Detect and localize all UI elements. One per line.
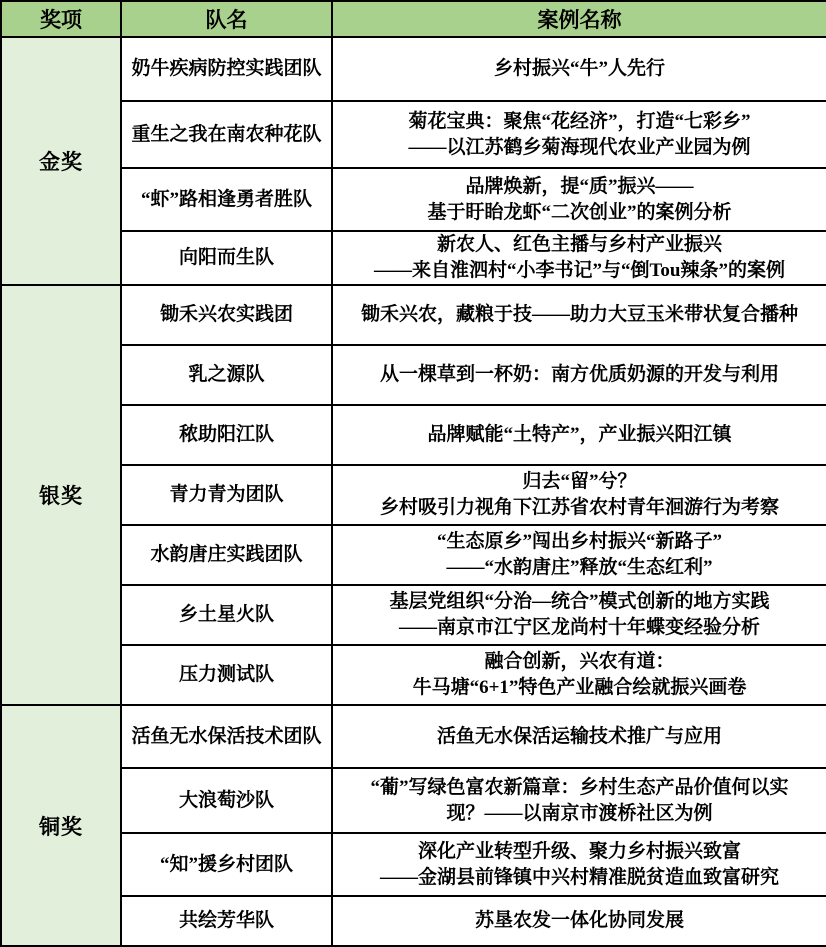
team-name: 乳之源队 (121, 345, 332, 405)
team-name: 奶牛疾病防控实践团队 (121, 37, 332, 101)
table-row: 乳之源队 从一棵草到一杯奶：南方优质奶源的开发与利用 (1, 345, 826, 405)
col-header-award: 奖项 (1, 1, 121, 37)
table-row: 银奖 锄禾兴农实践团 锄禾兴农，藏粮于技——助力大豆玉米带状复合播种 (1, 285, 826, 345)
case-line: 基层党组织“分治—统合”模式创新的地方实践 (337, 589, 822, 615)
case-line: “生态原乡”闯出乡村振兴“新路子” (337, 529, 822, 555)
table-row: 秾助阳江队 品牌赋能“土特产”，产业振兴阳江镇 (1, 405, 826, 465)
case-name: 锄禾兴农，藏粮于技——助力大豆玉米带状复合播种 (332, 285, 826, 345)
case-line: 现？——以南京市渡桥社区为例 (337, 801, 822, 827)
case-line: ——南京市江宁区龙尚村十年蝶变经验分析 (337, 615, 822, 641)
case-line: 苏垦农发一体化协同发展 (337, 908, 822, 934)
table-row: “虾”路相逢勇者胜队 品牌焕新，提“质”振兴—— 基于盱眙龙虾“二次创业”的案例… (1, 168, 826, 231)
case-line: 活鱼无水保活运输技术推广与应用 (337, 724, 822, 750)
team-name: 青力青为团队 (121, 465, 332, 525)
case-line: ——金湖县前锋镇中兴村精准脱贫造血致富研究 (337, 865, 822, 891)
table-row: 压力测试队 融合创新，兴农有道： 牛马塘“6+1”特色产业融合绘就振兴画卷 (1, 645, 826, 705)
team-name: 大浪萄沙队 (121, 768, 332, 833)
award-label-bronze: 铜奖 (1, 705, 121, 946)
awards-table: 奖项 队名 案例名称 金奖 奶牛疾病防控实践团队 乡村振兴“牛”人先行 重生之我… (0, 0, 826, 947)
team-name: 重生之我在南农种花队 (121, 101, 332, 168)
case-line: ——以江苏鹤乡菊海现代农业产业园为例 (337, 135, 822, 161)
table-row: 铜奖 活鱼无水保活技术团队 活鱼无水保活运输技术推广与应用 (1, 705, 826, 768)
team-name: 乡土星火队 (121, 585, 332, 645)
team-name: 压力测试队 (121, 645, 332, 705)
table-row: 大浪萄沙队 “葡”写绿色富农新篇章：乡村生态产品价值何以实 现？——以南京市渡桥… (1, 768, 826, 833)
team-name: “虾”路相逢勇者胜队 (121, 168, 332, 231)
case-line: 牛马塘“6+1”特色产业融合绘就振兴画卷 (337, 675, 822, 701)
case-line: ——“水韵唐庄”释放“生态红利” (337, 555, 822, 581)
case-name: “葡”写绿色富农新篇章：乡村生态产品价值何以实 现？——以南京市渡桥社区为例 (332, 768, 826, 833)
case-name: 品牌赋能“土特产”，产业振兴阳江镇 (332, 405, 826, 465)
col-header-case: 案例名称 (332, 1, 826, 37)
team-name: 水韵唐庄实践团队 (121, 525, 332, 585)
case-name: 菊花宝典：聚焦“花经济”，打造“七彩乡” ——以江苏鹤乡菊海现代农业产业园为例 (332, 101, 826, 168)
case-line: 新农人、红色主播与乡村产业振兴 (337, 232, 822, 258)
case-name: 品牌焕新，提“质”振兴—— 基于盱眙龙虾“二次创业”的案例分析 (332, 168, 826, 231)
case-line: 菊花宝典：聚焦“花经济”，打造“七彩乡” (337, 109, 822, 135)
case-line: 深化产业转型升级、聚力乡村振兴致富 (337, 839, 822, 865)
case-line: 乡村振兴“牛”人先行 (337, 56, 822, 82)
case-name: 融合创新，兴农有道： 牛马塘“6+1”特色产业融合绘就振兴画卷 (332, 645, 826, 705)
header-row: 奖项 队名 案例名称 (1, 1, 826, 37)
case-name: 乡村振兴“牛”人先行 (332, 37, 826, 101)
table-row: 水韵唐庄实践团队 “生态原乡”闯出乡村振兴“新路子” ——“水韵唐庄”释放“生态… (1, 525, 826, 585)
case-line: 品牌焕新，提“质”振兴—— (337, 174, 822, 200)
team-name: 秾助阳江队 (121, 405, 332, 465)
case-name: “生态原乡”闯出乡村振兴“新路子” ——“水韵唐庄”释放“生态红利” (332, 525, 826, 585)
case-name: 归去“留”兮？ 乡村吸引力视角下江苏省农村青年洄游行为考察 (332, 465, 826, 525)
table-row: 青力青为团队 归去“留”兮？ 乡村吸引力视角下江苏省农村青年洄游行为考察 (1, 465, 826, 525)
case-line: 品牌赋能“土特产”，产业振兴阳江镇 (337, 422, 822, 448)
col-header-team: 队名 (121, 1, 332, 37)
table-row: 乡土星火队 基层党组织“分治—统合”模式创新的地方实践 ——南京市江宁区龙尚村十… (1, 585, 826, 645)
table-row: 金奖 奶牛疾病防控实践团队 乡村振兴“牛”人先行 (1, 37, 826, 101)
team-name: 活鱼无水保活技术团队 (121, 705, 332, 768)
case-name: 新农人、红色主播与乡村产业振兴 ——来自淮泗村“小李书记”与“倒Tou辣条”的案… (332, 231, 826, 285)
table-row: “知”援乡村团队 深化产业转型升级、聚力乡村振兴致富 ——金湖县前锋镇中兴村精准… (1, 833, 826, 896)
case-name: 深化产业转型升级、聚力乡村振兴致富 ——金湖县前锋镇中兴村精准脱贫造血致富研究 (332, 833, 826, 896)
award-label-silver: 银奖 (1, 285, 121, 705)
case-line: 归去“留”兮？ (337, 469, 822, 495)
award-label-gold: 金奖 (1, 37, 121, 285)
team-name: 锄禾兴农实践团 (121, 285, 332, 345)
case-line: 乡村吸引力视角下江苏省农村青年洄游行为考察 (337, 495, 822, 521)
case-line: ——来自淮泗村“小李书记”与“倒Tou辣条”的案例 (337, 258, 822, 284)
table-row: 重生之我在南农种花队 菊花宝典：聚焦“花经济”，打造“七彩乡” ——以江苏鹤乡菊… (1, 101, 826, 168)
case-line: 从一棵草到一杯奶：南方优质奶源的开发与利用 (337, 362, 822, 388)
case-line: 融合创新，兴农有道： (337, 649, 822, 675)
table-row: 向阳而生队 新农人、红色主播与乡村产业振兴 ——来自淮泗村“小李书记”与“倒To… (1, 231, 826, 285)
case-line: 锄禾兴农，藏粮于技——助力大豆玉米带状复合播种 (337, 302, 822, 328)
case-line: “葡”写绿色富农新篇章：乡村生态产品价值何以实 (337, 775, 822, 801)
case-name: 活鱼无水保活运输技术推广与应用 (332, 705, 826, 768)
case-line: 基于盱眙龙虾“二次创业”的案例分析 (337, 200, 822, 226)
team-name: 向阳而生队 (121, 231, 332, 285)
case-name: 基层党组织“分治—统合”模式创新的地方实践 ——南京市江宁区龙尚村十年蝶变经验分… (332, 585, 826, 645)
case-name: 从一棵草到一杯奶：南方优质奶源的开发与利用 (332, 345, 826, 405)
team-name: “知”援乡村团队 (121, 833, 332, 896)
